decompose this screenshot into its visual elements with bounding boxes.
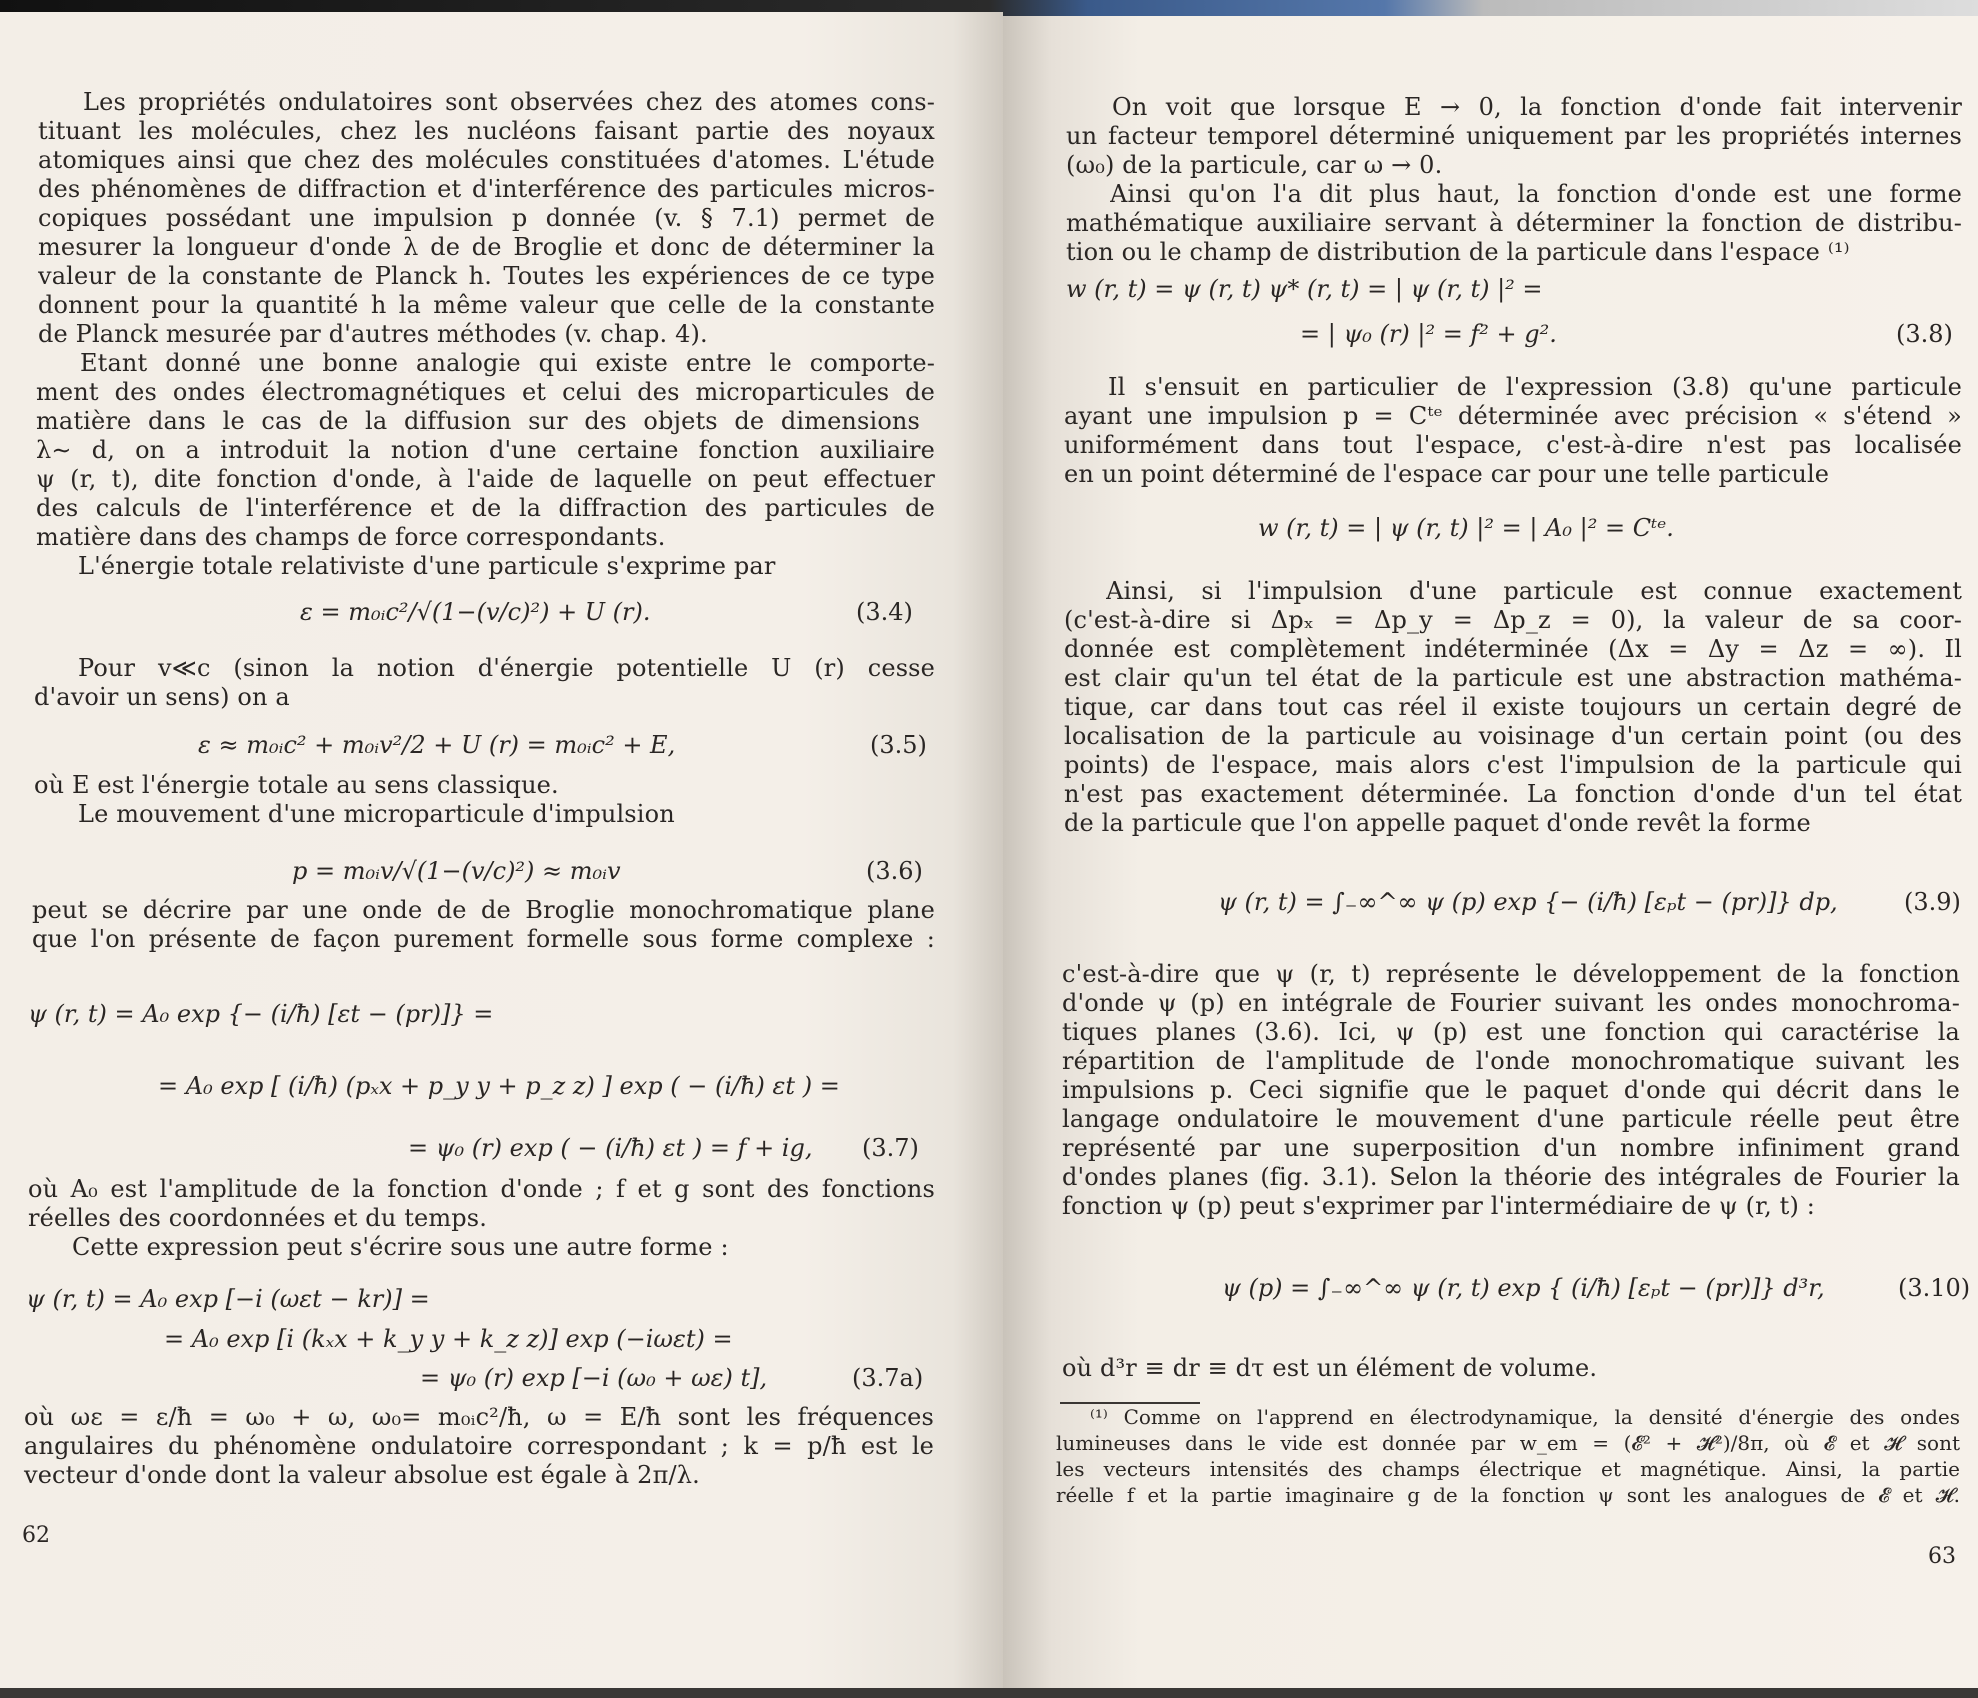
text-line: langage ondulatoire le mouvement d'une p… <box>1062 1105 1960 1133</box>
text-line: Cette expression peut s'écrire sous une … <box>72 1233 729 1261</box>
text-line: valeur de la constante de Planck h. Tout… <box>38 262 935 290</box>
equation-number: (3.6) <box>866 857 923 885</box>
text-line: où E est l'énergie totale au sens classi… <box>34 771 559 799</box>
text-line: copiques possédant une impulsion p donné… <box>38 204 935 232</box>
text-line: d'avoir un sens) on a <box>34 683 290 711</box>
text-line: de la particule que l'on appelle paquet … <box>1064 809 1811 837</box>
text-line: un facteur temporel déterminé uniquement… <box>1066 122 1962 150</box>
equation: w (r, t) = | ψ (r, t) |² = | A₀ |² = Cᵗᵉ… <box>1258 514 1674 542</box>
text-line: angulaires du phénomène ondulatoire corr… <box>24 1432 934 1460</box>
footnote-rule <box>1060 1402 1200 1404</box>
text-line: de Planck mesurée par d'autres méthodes … <box>38 320 708 348</box>
text-line: ayant une impulsion p = Cᵗᵉ déterminée a… <box>1064 402 1962 430</box>
text-line: c'est-à-dire que ψ (r, t) représente le … <box>1062 960 1960 988</box>
text-line: d'onde ψ (p) en intégrale de Fourier sui… <box>1062 989 1960 1017</box>
text-line: On voit que lorsque E → 0, la fonction d… <box>1112 93 1962 121</box>
text-line: tiques planes (3.6). Ici, ψ (p) est une … <box>1062 1018 1960 1046</box>
text-line: des calculs de l'interférence et de la d… <box>36 494 935 522</box>
text-line: vecteur d'onde dont la valeur absolue es… <box>24 1461 700 1489</box>
text-line: fonction ψ (p) peut s'exprimer par l'int… <box>1062 1192 1815 1220</box>
text-line: tique, car dans tout cas réel il existe … <box>1064 693 1962 721</box>
text-line: Le mouvement d'une microparticule d'impu… <box>78 800 675 828</box>
equation: = A₀ exp [i (kₓx + k_y y + k_z z)] exp (… <box>164 1325 733 1353</box>
footnote-line: les vecteurs intensités des champs élect… <box>1056 1456 1960 1482</box>
text-line: des phénomènes de diffraction et d'inter… <box>38 175 935 203</box>
footnote-line: réelle f et la partie imaginaire g de la… <box>1056 1482 1960 1508</box>
footnote-line: ⁽¹⁾ Comme on l'apprend en électrodynamiq… <box>1090 1404 1960 1430</box>
book-bottom-edge <box>0 1688 1978 1698</box>
text-line: où d³r ≡ dr ≡ dτ est un élément de volum… <box>1062 1354 1597 1382</box>
equation: ψ (r, t) = ∫₋∞^∞ ψ (p) exp {− (i/ħ) [εₚt… <box>1218 888 1838 916</box>
equation-number: (3.10) <box>1898 1274 1970 1302</box>
text-line: (c'est-à-dire si Δpₓ = Δp_y = Δp_z = 0),… <box>1064 606 1962 634</box>
text-line: réelles des coordonnées et du temps. <box>28 1204 487 1232</box>
text-line: donnée est complètement indéterminée (Δx… <box>1064 635 1962 663</box>
text-line: répartition de l'amplitude de l'onde mon… <box>1062 1047 1960 1075</box>
text-line: impulsions p. Ceci signifie que le paque… <box>1062 1076 1960 1104</box>
text-line: ment des ondes électromagnétiques et cel… <box>36 378 935 406</box>
text-line: points) de l'espace, mais alors c'est l'… <box>1064 751 1962 779</box>
text-line: tion ou le champ de distribution de la p… <box>1066 238 1850 266</box>
equation: ψ (p) = ∫₋∞^∞ ψ (r, t) exp { (i/ħ) [εₚt … <box>1222 1274 1825 1302</box>
text-line: Il s'ensuit en particulier de l'expressi… <box>1108 373 1962 401</box>
text-line: tituant les molécules, chez les nucléons… <box>38 117 935 145</box>
text-line: que l'on présente de façon purement form… <box>32 925 935 953</box>
text-line: d'ondes planes (fig. 3.1). Selon la théo… <box>1062 1163 1960 1191</box>
page-number-right: 63 <box>1928 1545 1956 1569</box>
text-line: mesurer la longueur d'onde λ de de Brogl… <box>38 233 935 261</box>
text-line: localisation de la particule au voisinag… <box>1064 722 1962 750</box>
text-line: Ainsi qu'on l'a dit plus haut, la foncti… <box>1110 180 1962 208</box>
equation: ε = m₀ᵢc²/√(1−(v/c)²) + U (r). <box>300 598 650 626</box>
text-line: mathématique auxiliaire servant à déterm… <box>1066 209 1962 237</box>
equation: p = m₀ᵢv/√(1−(v/c)²) ≈ m₀ᵢv <box>292 857 621 885</box>
text-line: Pour v≪c (sinon la notion d'énergie pote… <box>78 654 935 682</box>
text-line: Etant donné une bonne analogie qui exist… <box>80 349 935 377</box>
equation-number: (3.9) <box>1904 888 1961 916</box>
text-line: est clair qu'un tel état de la particule… <box>1064 664 1962 692</box>
text-line: λ∼ d, on a introduit la notion d'une cer… <box>36 436 935 464</box>
page-number-left: 62 <box>22 1524 50 1548</box>
equation: = | ψ₀ (r) |² = f² + g². <box>1300 320 1557 348</box>
text-line: (ω₀) de la particule, car ω → 0. <box>1066 151 1442 179</box>
equation: = ψ₀ (r) exp ( − (i/ħ) εt ) = f + ig, <box>408 1134 812 1162</box>
text-line: matière dans le cas de la diffusion sur … <box>36 407 920 435</box>
equation-number: (3.7a) <box>852 1364 923 1392</box>
text-line: en un point déterminé de l'espace car po… <box>1064 460 1829 488</box>
equation: = ψ₀ (r) exp [−i (ω₀ + ωε) t], <box>420 1364 767 1392</box>
text-line: représenté par une superposition d'un no… <box>1062 1134 1960 1162</box>
equation: ψ (r, t) = A₀ exp {− (i/ħ) [εt − (pr)]} … <box>28 1000 493 1028</box>
equation-number: (3.8) <box>1896 320 1953 348</box>
footnote-line: lumineuses dans le vide est donnée par w… <box>1056 1430 1960 1456</box>
text-line: uniformément dans tout l'espace, c'est-à… <box>1064 431 1962 459</box>
text-line: Ainsi, si l'impulsion d'une particule es… <box>1106 577 1962 605</box>
equation: ψ (r, t) = A₀ exp [−i (ωεt − kr)] = <box>26 1285 430 1313</box>
text-line: atomiques ainsi que chez des molécules c… <box>38 146 935 174</box>
text-line: où ωε = ε/ħ = ω₀ + ω, ω₀= m₀ᵢc²/ħ, ω = E… <box>24 1403 934 1431</box>
text-line: Les propriétés ondulatoires sont observé… <box>83 88 935 116</box>
text-line: L'énergie totale relativiste d'une parti… <box>78 552 775 580</box>
text-line: n'est pas exactement déterminée. La fonc… <box>1064 780 1962 808</box>
text-line: peut se décrire par une onde de de Brogl… <box>32 896 935 924</box>
equation: ε ≈ m₀ᵢc² + m₀ᵢv²/2 + U (r) = m₀ᵢc² + E, <box>198 731 675 759</box>
text-line: donnent pour la quantité h la même valeu… <box>38 291 935 319</box>
text-line: matière dans des champs de force corresp… <box>36 523 666 551</box>
equation: w (r, t) = ψ (r, t) ψ* (r, t) = | ψ (r, … <box>1066 275 1543 303</box>
text-line: ψ (r, t), dite fonction d'onde, à l'aide… <box>36 465 935 493</box>
equation-number: (3.5) <box>870 731 927 759</box>
equation: = A₀ exp [ (i/ħ) (pₓx + p_y y + p_z z) ]… <box>158 1072 840 1100</box>
equation-number: (3.7) <box>862 1134 919 1162</box>
text-line: où A₀ est l'amplitude de la fonction d'o… <box>28 1175 935 1203</box>
equation-number: (3.4) <box>856 598 913 626</box>
